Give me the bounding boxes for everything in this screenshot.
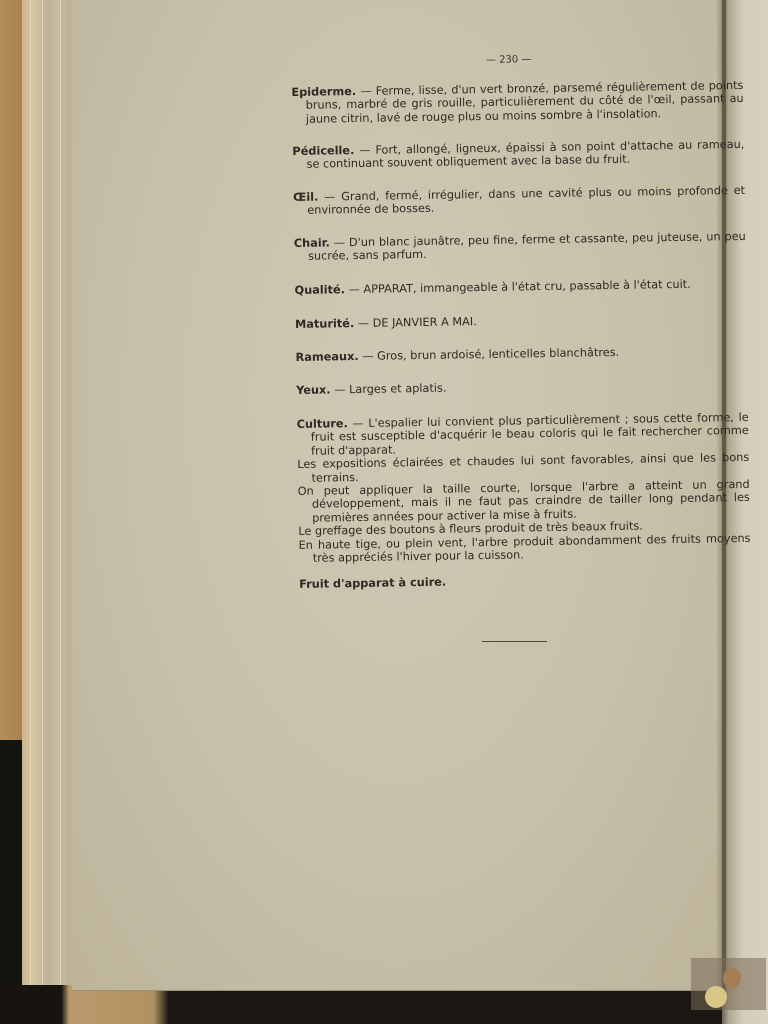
entry-rameaux: Rameaux. — Gros, brun ardoisé, lenticell… [296, 344, 748, 365]
entry-pedicelle: Pédicelle. — Fort, allongé, ligneux, épa… [292, 138, 744, 172]
entry-term: Œil. [293, 191, 318, 204]
entry-chair: Chair. — D'un blanc jaunâtre, peu fine, … [294, 230, 746, 264]
book-gutter [716, 0, 726, 1000]
entry-text: APPARAT, immangeable à l'état cru, passa… [363, 278, 691, 296]
entry-text: Larges et aplatis. [349, 382, 447, 397]
entry-oeil: Œil. — Grand, fermé, irrégulier, dans un… [293, 184, 745, 218]
entry-term: Rameaux. [296, 350, 359, 364]
entry-maturite: Maturité. — DE JANVIER A MAI. [295, 311, 747, 332]
page-number: — 230 — [486, 53, 532, 67]
closing-line: Fruit d'apparat à cuire. [299, 571, 751, 592]
entry-culture: Culture. — L'espalier lui convient plus … [297, 411, 751, 566]
entry-term: Pédicelle. [292, 144, 354, 158]
end-rule [482, 641, 547, 642]
entry-text: Grand, fermé, irrégulier, dans une cavit… [307, 184, 745, 217]
entry-term: Chair. [294, 236, 330, 250]
book-page: — 230 — Epiderme. — Ferme, lisse, d'un v… [72, 0, 722, 991]
entry-term: Qualité. [294, 283, 345, 297]
entry-term: Culture. [297, 417, 348, 431]
entry-term: Epiderme. [291, 85, 356, 99]
entry-yeux: Yeux. — Larges et aplatis. [296, 377, 748, 398]
entry-term: Maturité. [295, 317, 354, 331]
entry-qualite: Qualité. — APPARAT, immangeable à l'état… [294, 277, 746, 298]
watermark-thumbnail [691, 958, 766, 1010]
entry-text: D'un blanc jaunâtre, peu fine, ferme et … [308, 230, 746, 263]
entry-term: Yeux. [296, 383, 331, 397]
entry-epiderme: Epiderme. — Ferme, lisse, d'un vert bron… [291, 79, 744, 126]
entry-text: Gros, brun ardoisé, lenticelles blanchât… [377, 346, 619, 363]
entry-text: L'espalier lui convient plus particulièr… [311, 411, 749, 458]
entry-text: DE JANVIER A MAI. [373, 315, 477, 330]
culture-paragraph: On peut appliquer la taille courte, lors… [298, 478, 751, 525]
